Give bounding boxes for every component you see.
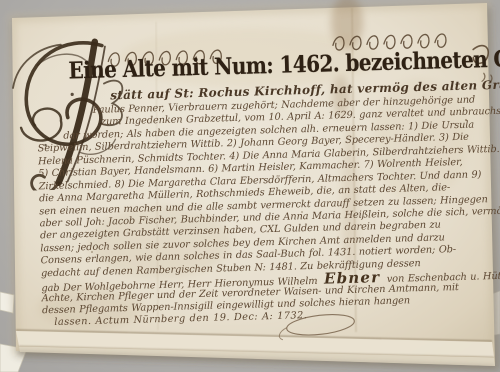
stain: [372, 78, 468, 202]
ink-speck: [301, 211, 303, 213]
ink-speck: [91, 251, 93, 253]
parchment-sheet: [0, 0, 500, 372]
stain: [88, 206, 232, 278]
ink-speck: [465, 119, 467, 121]
stain: [38, 286, 142, 330]
photo-backdrop: Eine Alte mit Num: 1462. bezeichneten Gr…: [0, 0, 500, 372]
stain: [332, 76, 350, 116]
